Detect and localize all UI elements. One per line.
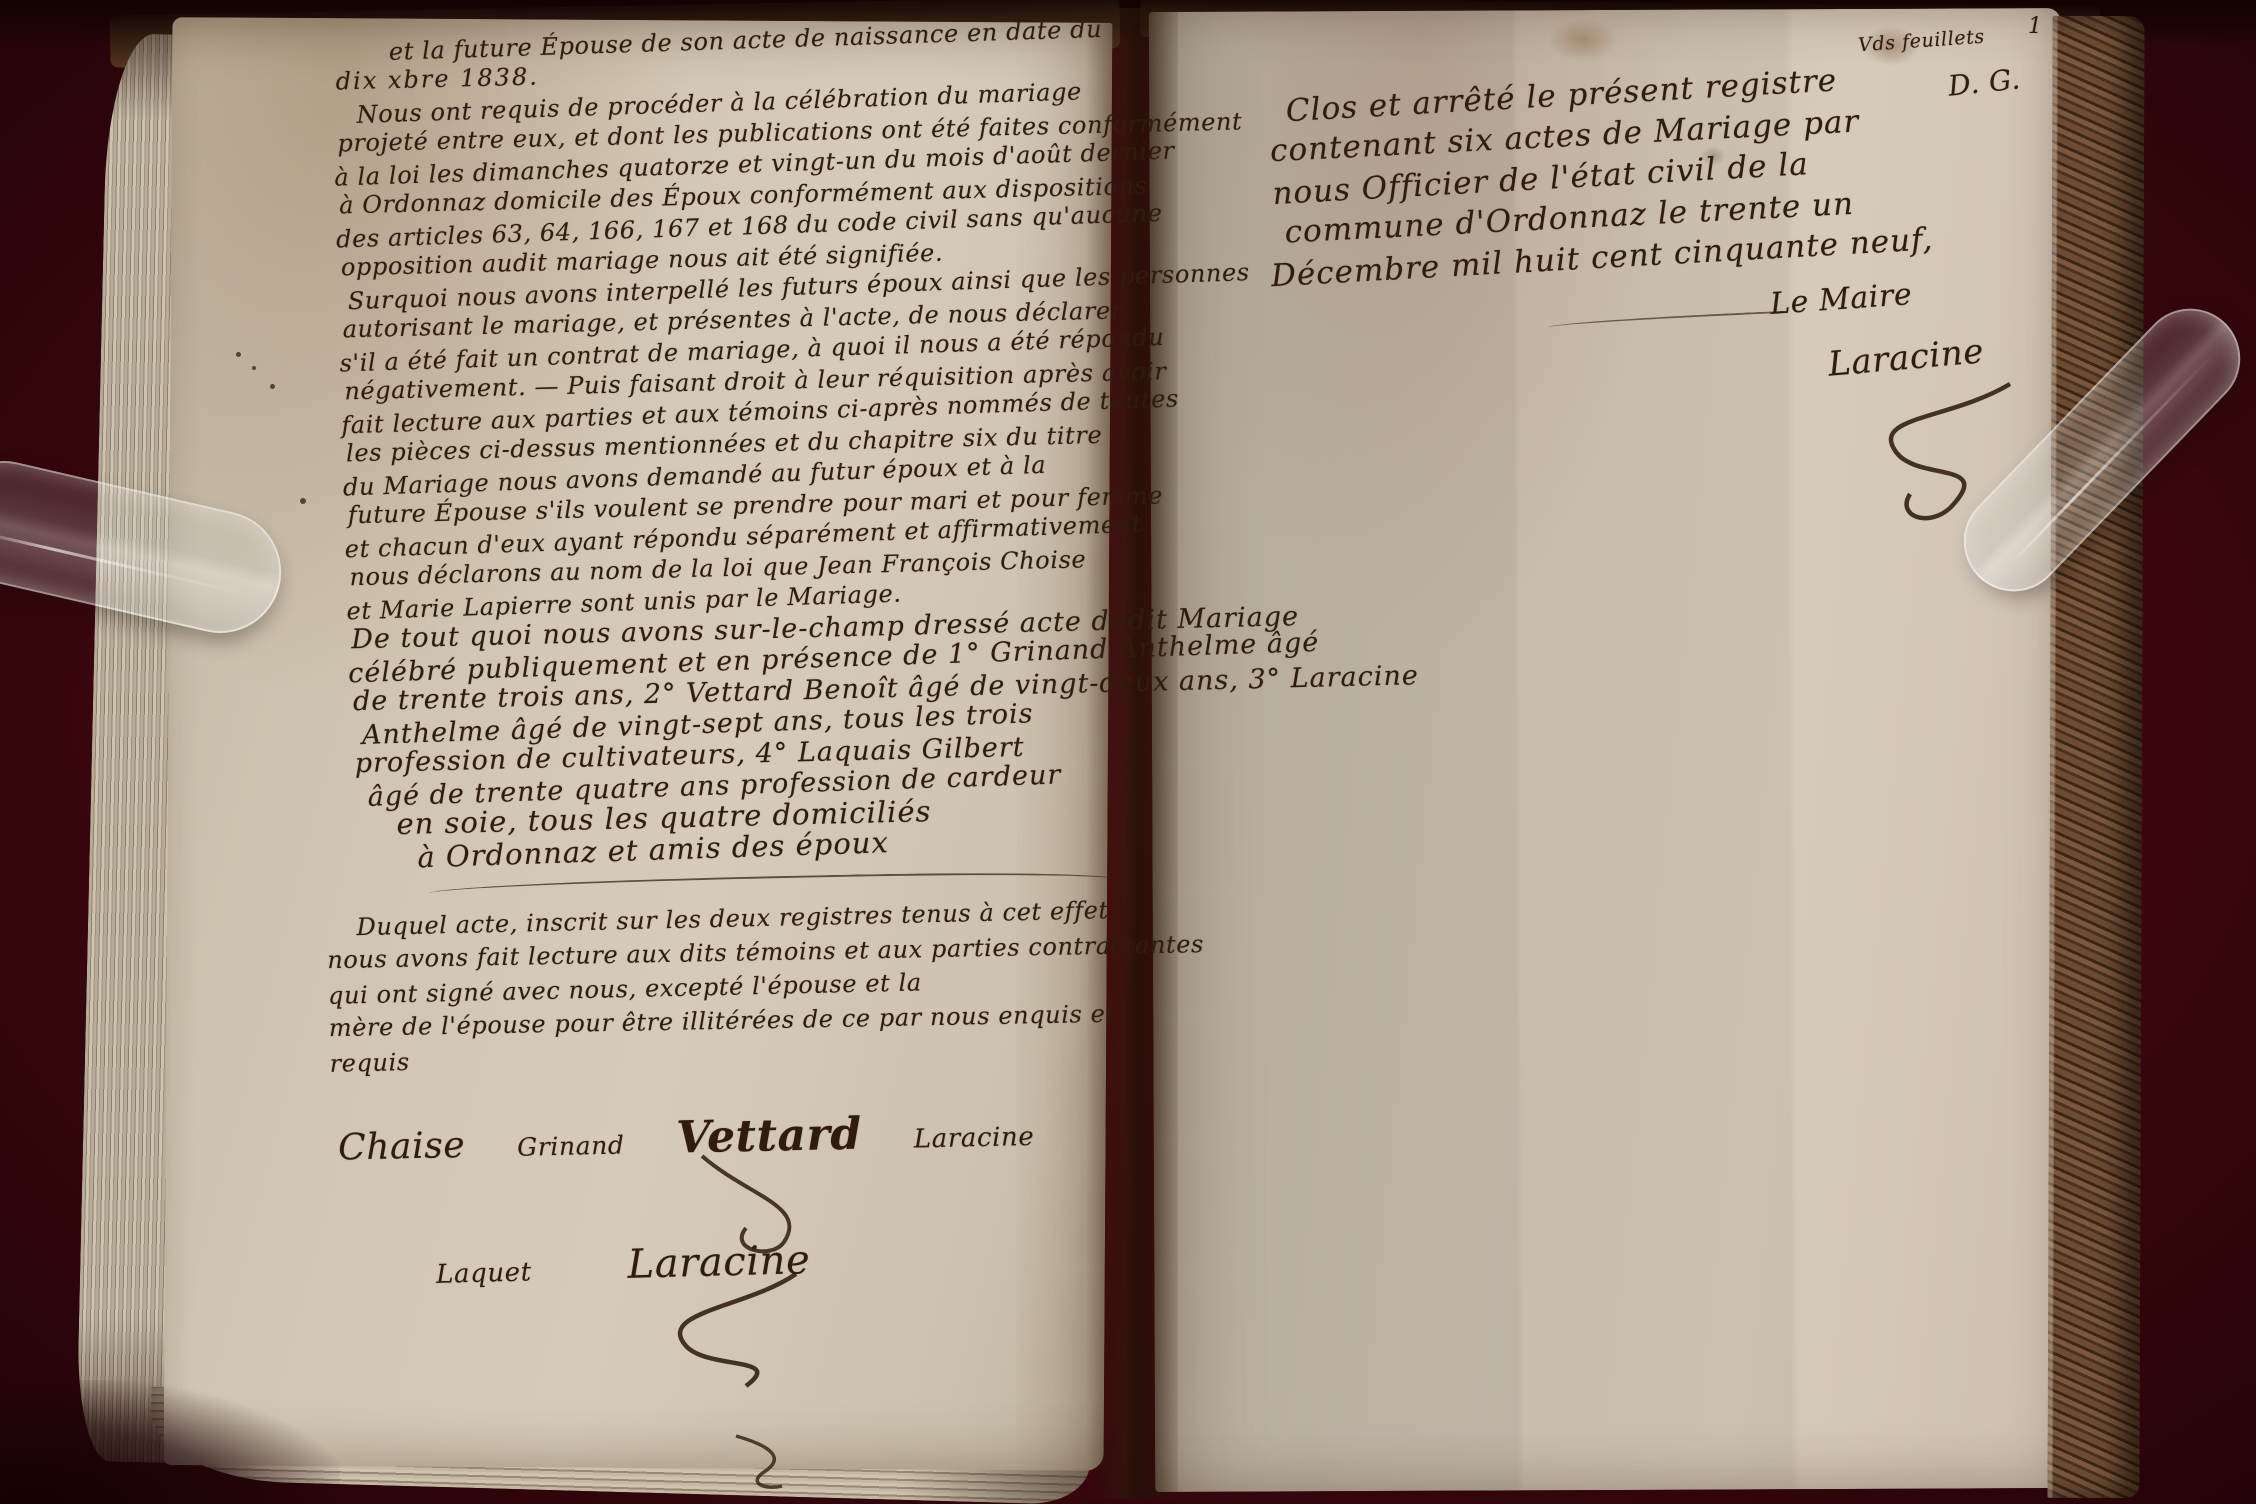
page-number: 1 [2028,14,2043,39]
signature-flourish [688,1146,838,1266]
closing-paragraph-text: Duquel acte, inscrit sur les deux regist… [326,893,1110,1081]
register-closing-text: Clos et arrêté le présent registreconten… [1267,52,1997,297]
paper-stain [1548,18,1618,62]
signature-flourish [596,1268,846,1398]
ink-speck [236,352,241,357]
ink-speck [270,384,275,389]
stray-ink-mark [716,1428,806,1498]
bottom-left-shadow [0,1380,340,1504]
signature: Laracine [914,1122,1035,1155]
signature: Laquet [436,1257,532,1289]
ink-speck [300,498,306,504]
signature: Chaise [338,1125,466,1169]
marbled-cover-edge [2047,16,2144,1498]
register-photograph: et la future Épouse de son acte de naiss… [0,0,2256,1504]
ink-speck [252,366,256,370]
signature: Grinand [517,1131,625,1162]
marriage-act-text: et la future Épouse de son acte de naiss… [330,15,1125,873]
